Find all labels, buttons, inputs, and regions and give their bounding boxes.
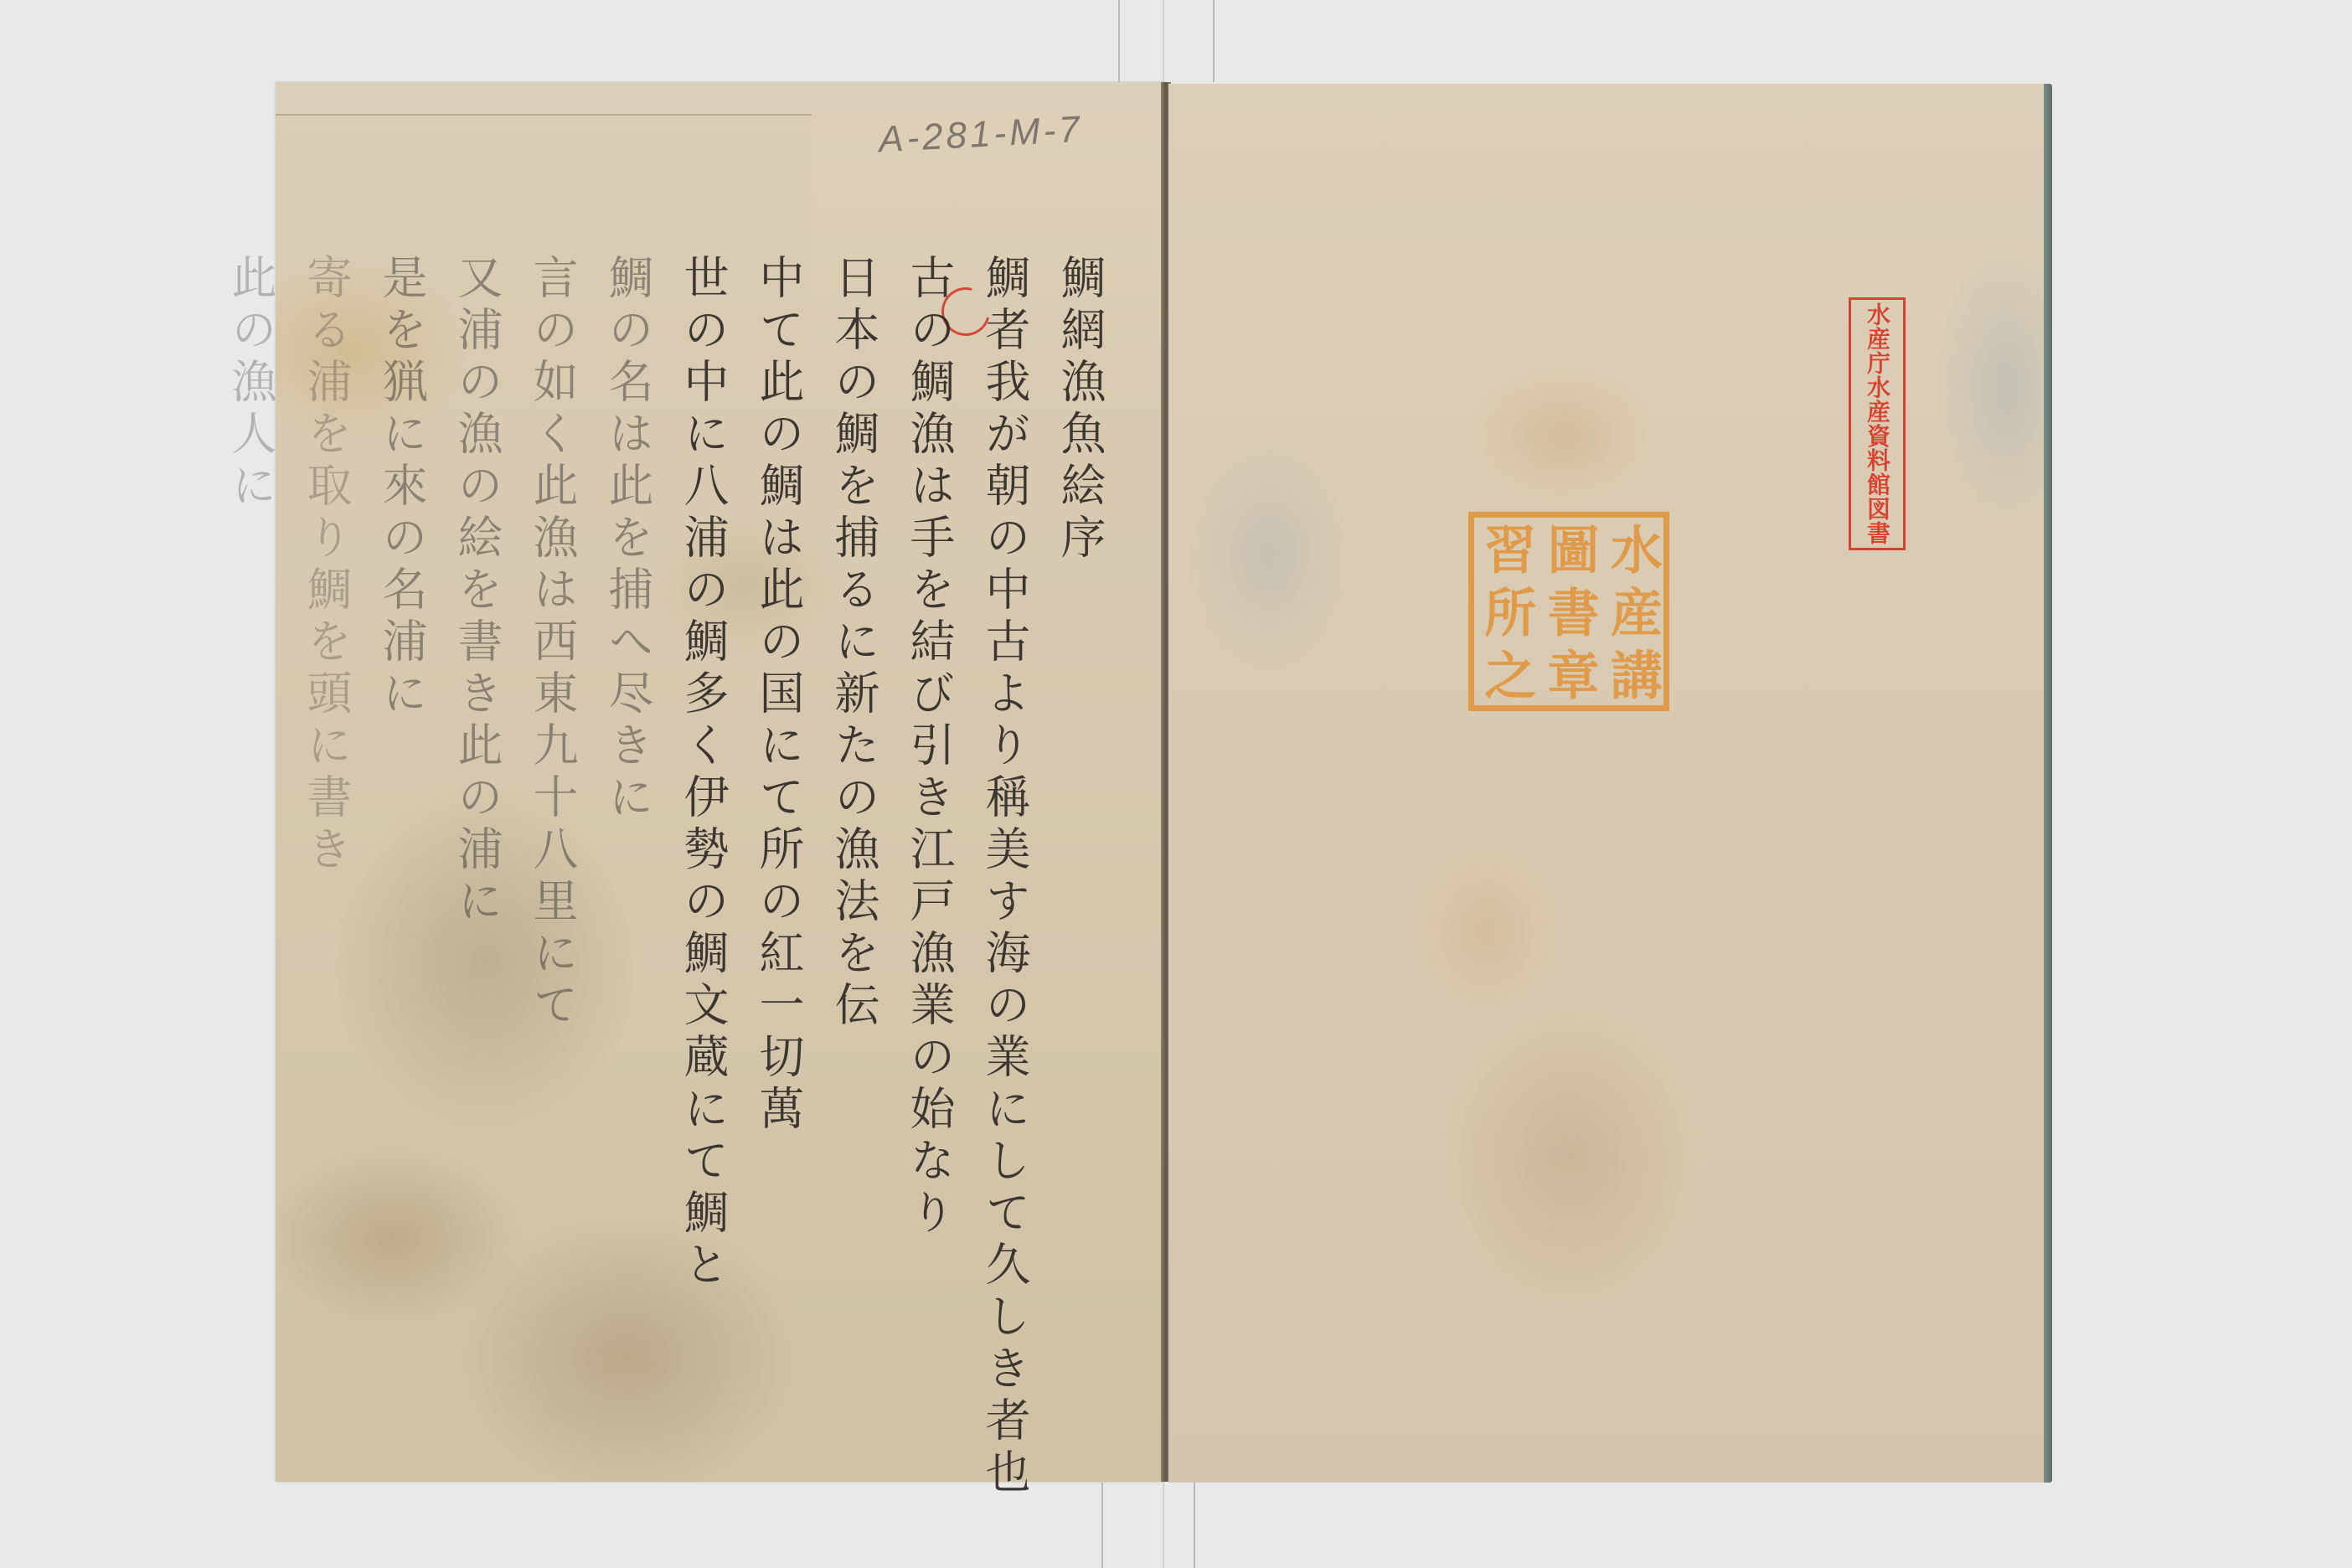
cover-edge	[2044, 84, 2052, 1483]
text-column: 鯛者我が朝の中古より稱美す海の業にして久しき者也	[978, 254, 1030, 1443]
support-strip	[1213, 0, 1215, 82]
text-column: 言の如く此漁は西東九十八里にて	[526, 254, 578, 1443]
seal-glyph: 之	[1474, 642, 1537, 705]
open-book: A-281-M-7 鯛網漁魚絵序 鯛者我が朝の中古より稱美す海の業にして久しき者…	[0, 0, 2352, 1568]
seal-glyph: 習	[1474, 518, 1537, 580]
text-column: 此の漁人に	[224, 254, 276, 1443]
left-page: A-281-M-7 鯛網漁魚絵序 鯛者我が朝の中古より稱美す海の業にして久しき者…	[276, 82, 1164, 1482]
support-strip	[1194, 1483, 1195, 1568]
right-page-inside-cover	[1168, 84, 2046, 1483]
seal-glyph: 産	[1601, 580, 1663, 643]
seal-glyph: 書	[1537, 580, 1600, 643]
square-ownership-seal: 習 圖 水 所 書 産 之 章 講	[1468, 512, 1669, 711]
text-column: 是を猟に來の名浦に	[375, 254, 427, 1443]
text-column: 世の中に八浦の鯛多く伊勢の鯛文蔵にて鯛と	[677, 254, 729, 1443]
library-collection-seal: 水産庁水産資料館図書	[1849, 297, 1906, 550]
support-strip	[1118, 0, 1120, 82]
text-column: 日本の鯛を捕るに新たの漁法を伝	[828, 254, 879, 1443]
text-column: 又浦の漁の絵を書き此の浦に	[451, 254, 503, 1443]
seal-glyph: 所	[1474, 580, 1537, 643]
text-column: 鯛網漁魚絵序	[1054, 254, 1106, 1443]
text-column: 鯛の名は此を捕へ尽きに	[601, 254, 653, 1443]
seal-glyph: 水	[1601, 518, 1663, 580]
text-columns: 鯛網漁魚絵序 鯛者我が朝の中古より稱美す海の業にして久しき者也 古の鯛漁は手を結…	[224, 254, 1106, 1443]
text-column: 寄る浦を取り鯛を頭に書き	[300, 254, 352, 1443]
text-column: 古の鯛漁は手を結び引き江戸漁業の始なり	[903, 254, 955, 1443]
text-column: 中て此の鯛は此の国にて所の紅一切萬	[752, 254, 804, 1443]
seal-glyph: 圖	[1537, 518, 1600, 580]
library-seal-text: 水産庁水産資料館図書	[1865, 302, 1890, 545]
seal-glyph: 章	[1537, 642, 1600, 705]
support-strip	[1101, 1483, 1103, 1568]
seal-glyph: 講	[1601, 642, 1663, 705]
